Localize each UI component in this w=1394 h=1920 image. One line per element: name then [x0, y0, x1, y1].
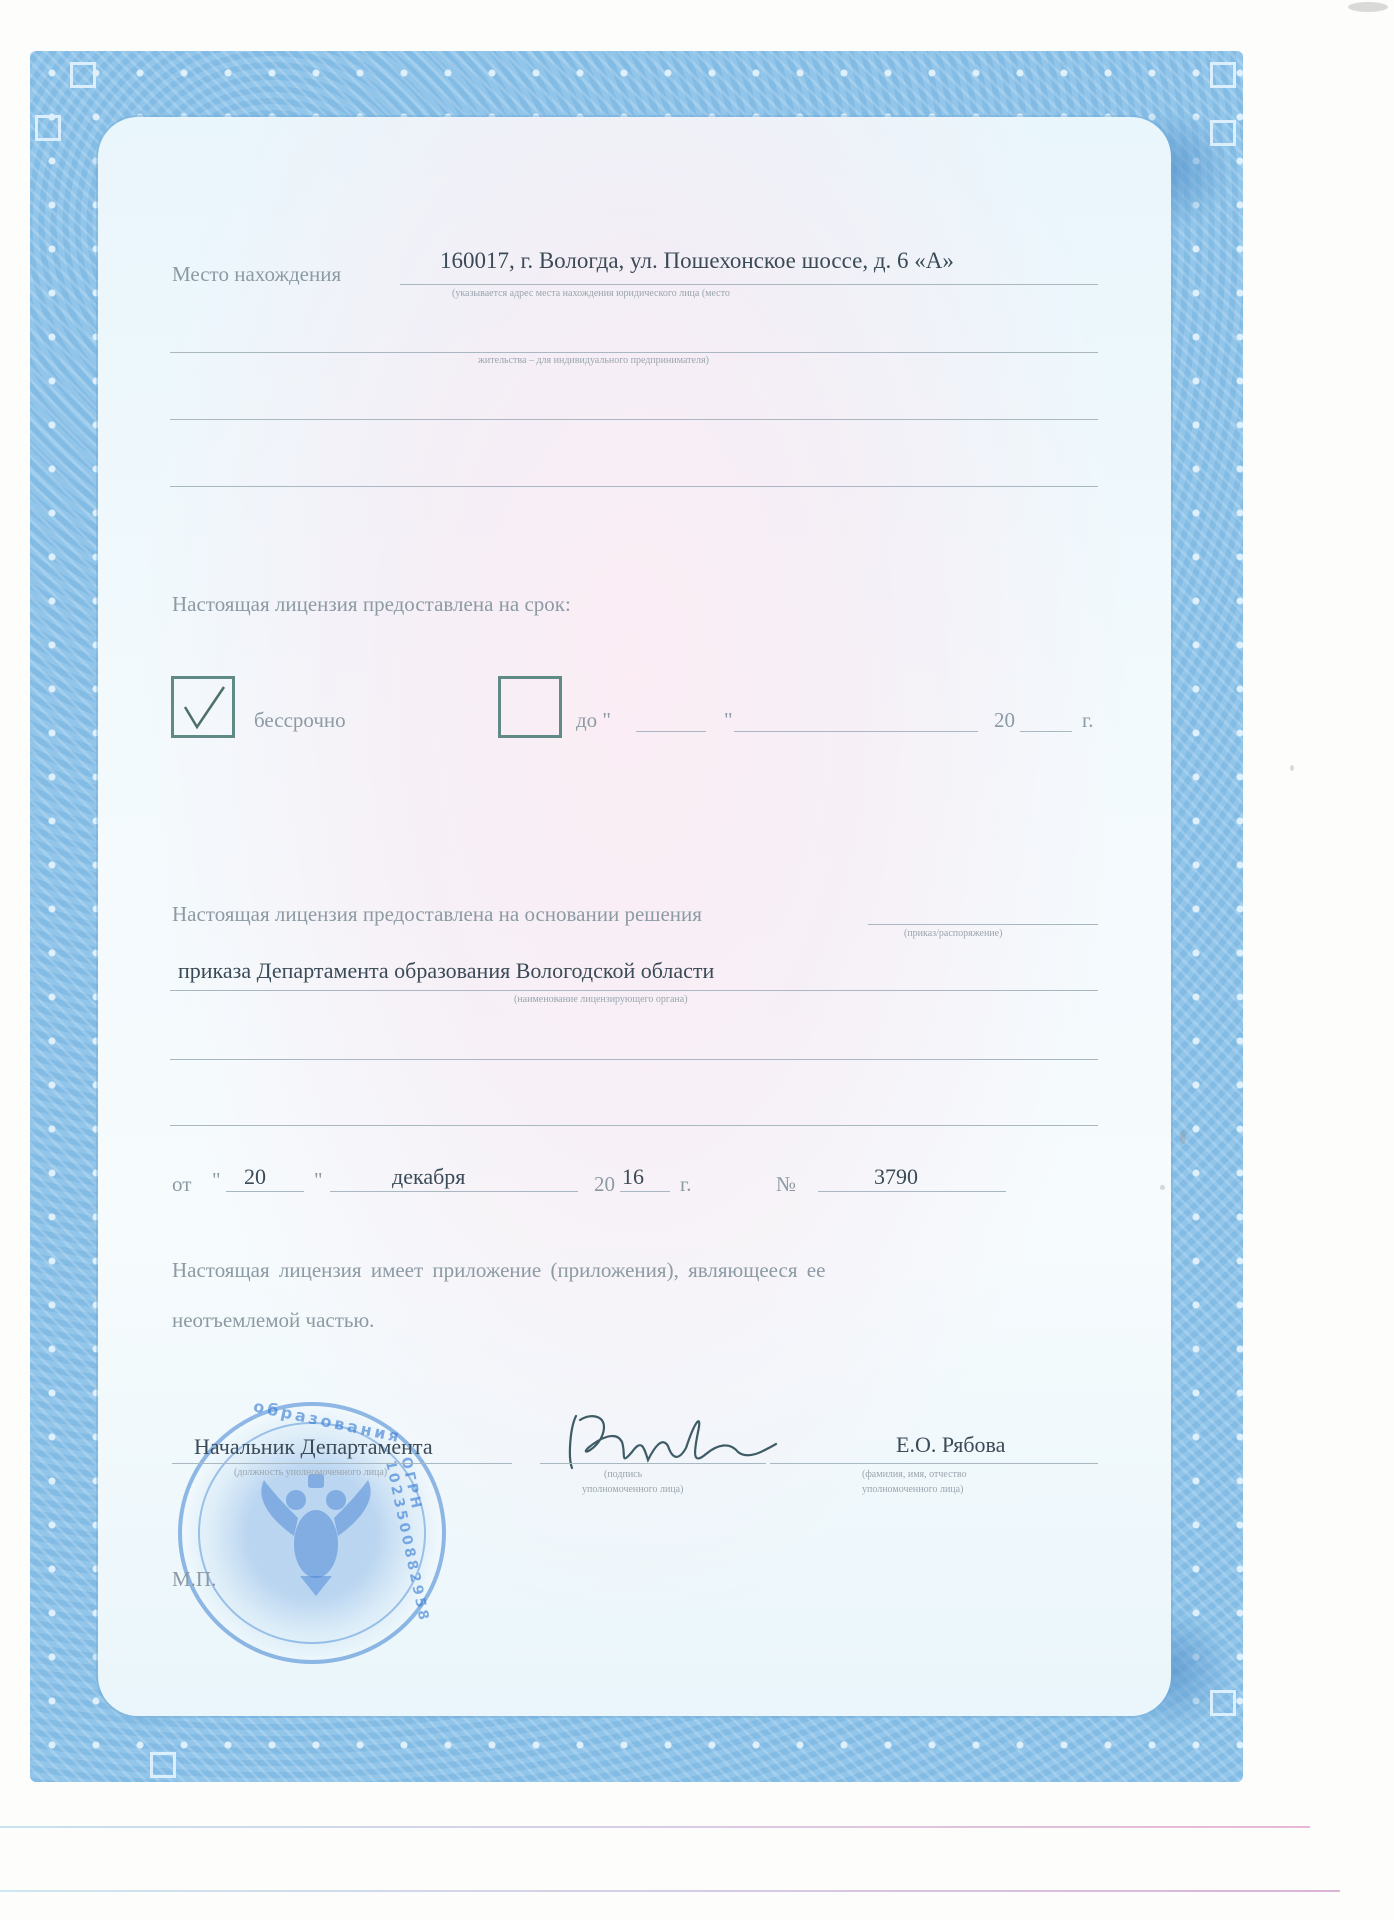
decision-number-underline [818, 1191, 1006, 1192]
until-close-quote: " [724, 708, 733, 733]
blank-line [170, 352, 1098, 353]
signatory-name: Е.О. Рябова [896, 1432, 1005, 1458]
location-underline [400, 284, 1098, 285]
until-year-prefix: 20 [994, 708, 1015, 733]
corner-square-ornament [1210, 62, 1236, 88]
page-edge-line [0, 1826, 1310, 1828]
appendix-text-line-1: Настоящая лицензия имеет приложение (при… [172, 1258, 1098, 1283]
decision-year-underline [620, 1191, 670, 1192]
signature-caption-2: уполномоченного лица) [582, 1484, 683, 1495]
decision-month: декабря [392, 1164, 465, 1190]
scan-artifact [1160, 1185, 1165, 1190]
licensing-authority: приказа Департамента образования Вологод… [178, 958, 714, 984]
basis-heading: Настоящая лицензия предоставлена на осно… [172, 902, 702, 927]
authority-caption: (наименование лицензирующего органа) [514, 994, 688, 1005]
corner-square-ornament [1210, 120, 1236, 146]
handwritten-signature [562, 1408, 782, 1474]
name-caption-2: уполномоченного лица) [862, 1484, 963, 1495]
authority-underline [170, 990, 1098, 991]
until-year-blank [1020, 731, 1072, 732]
appendix-text-line-2: неотъемлемой частью. [172, 1308, 374, 1333]
scan-artifact [1290, 765, 1294, 771]
decision-from-label: от [172, 1172, 191, 1197]
until-month-blank [734, 731, 978, 732]
corner-square-ornament [1210, 1690, 1236, 1716]
decision-number-label: № [776, 1172, 796, 1197]
blank-line [170, 1059, 1098, 1060]
until-prefix: до " [576, 708, 611, 733]
corner-square-ornament [150, 1752, 176, 1778]
basis-type-caption: (приказ/распоряжение) [904, 928, 1002, 939]
perpetual-label: бессрочно [254, 708, 346, 733]
decision-month-underline [330, 1191, 578, 1192]
signature-caption-1: (подпись [604, 1469, 642, 1480]
name-underline [770, 1463, 1098, 1464]
decision-year-label: г. [680, 1172, 692, 1197]
double-headed-eagle-icon [246, 1466, 386, 1606]
blank-line [170, 419, 1098, 420]
checkmark-icon [182, 683, 228, 733]
page-edge-line [0, 1890, 1340, 1892]
until-date-checkbox[interactable] [498, 676, 562, 738]
blank-line [170, 486, 1098, 487]
decision-day: 20 [244, 1164, 266, 1190]
position-caption: (должность уполномоченного лица) [234, 1467, 387, 1478]
decision-number: 3790 [874, 1164, 918, 1190]
position-underline [172, 1463, 512, 1464]
perpetual-checkbox[interactable] [171, 676, 235, 738]
term-heading: Настоящая лицензия предоставлена на срок… [172, 592, 571, 617]
decision-close-quote: " [314, 1168, 323, 1193]
scan-artifact [1348, 2, 1388, 12]
decision-year-prefix: 20 [594, 1172, 615, 1197]
corner-square-ornament [35, 115, 61, 141]
location-caption-continued: жительства – для индивидуального предпри… [478, 355, 709, 366]
location-label: Место нахождения [172, 262, 341, 287]
decision-year-suffix: 16 [622, 1164, 644, 1190]
until-day-blank [636, 731, 706, 732]
signature-underline [540, 1463, 766, 1464]
until-year-label: г. [1082, 708, 1094, 733]
location-value: 160017, г. Вологда, ул. Пошехонское шосс… [440, 248, 954, 274]
seal-place-label: М.П. [172, 1567, 216, 1592]
blank-line [170, 1125, 1098, 1126]
decision-day-underline [226, 1191, 304, 1192]
name-caption-1: (фамилия, имя, отчество [862, 1469, 967, 1480]
scan-artifact [1180, 1130, 1186, 1144]
basis-type-underline [868, 924, 1098, 925]
decision-open-quote: " [212, 1168, 221, 1193]
location-caption: (указывается адрес места нахождения юрид… [452, 288, 730, 299]
signatory-position: Начальник Департамента [194, 1434, 433, 1460]
corner-square-ornament [70, 62, 96, 88]
